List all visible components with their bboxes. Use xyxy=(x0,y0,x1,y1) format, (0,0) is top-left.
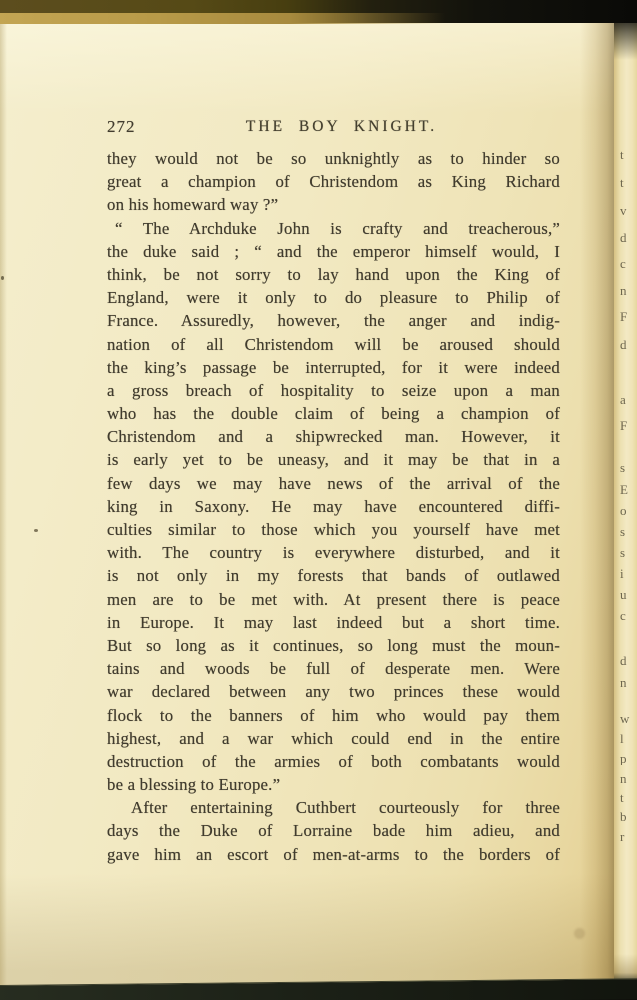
text-line: nation of all Christendom will be arouse… xyxy=(107,333,560,356)
page-speck xyxy=(34,529,38,532)
page-gutter-shadow xyxy=(580,16,614,990)
page-smudge xyxy=(574,928,585,939)
facing-page-text-fragment: p xyxy=(620,752,636,765)
text-line: war declared between any two princes the… xyxy=(107,680,560,703)
text-line: flock to the banners of him who would pa… xyxy=(107,704,560,727)
text-line: few days we may have news of the arrival… xyxy=(107,472,560,495)
facing-page-text-fragment: t xyxy=(620,148,636,161)
text-line: “ The Archduke John is crafty and treach… xyxy=(107,217,560,240)
facing-page-text-fragment: F xyxy=(620,310,636,323)
page-edge-speck xyxy=(1,276,4,280)
text-line: culties similar to those which you yours… xyxy=(107,518,560,541)
facing-page-text-fragment: s xyxy=(620,525,636,538)
text-line: with. The country is everywhere disturbe… xyxy=(107,541,560,564)
facing-page-text-fragment: r xyxy=(620,830,636,843)
text-line: After entertaining Cuthbert courteously … xyxy=(107,796,560,819)
facing-page-text-fragment: o xyxy=(620,504,636,517)
text-line: be a blessing to Europe.” xyxy=(107,773,560,796)
scanned-book-photo: ttvdcnFdaFsEossiucdnwlpntbr 272 THE BOY … xyxy=(0,0,637,1000)
text-line: who has the double claim of being a cham… xyxy=(107,402,560,425)
text-line: in Europe. It may last indeed but a shor… xyxy=(107,611,560,634)
book-top-edge-gilt xyxy=(0,13,445,24)
facing-page-text-fragment: s xyxy=(620,546,636,559)
text-line: tains and woods be full of desperate men… xyxy=(107,657,560,680)
text-line: think, be not sorry to lay hand upon the… xyxy=(107,263,560,286)
facing-page-text-fragment: l xyxy=(620,732,636,745)
text-line: the duke said ; “ and the emperor himsel… xyxy=(107,240,560,263)
page-left-edge-shading xyxy=(0,16,7,990)
facing-page-text-fragment: a xyxy=(620,393,636,406)
facing-page-text-fragment: F xyxy=(620,419,636,432)
facing-page-text-fragment: i xyxy=(620,567,636,580)
facing-page-edge: ttvdcnFdaFsEossiucdnwlpntbr xyxy=(614,0,637,988)
text-line: gave him an escort of men-at-arms to the… xyxy=(107,843,560,866)
text-line: is not only in my forests that bands of … xyxy=(107,564,560,587)
facing-page-text-fragment: d xyxy=(620,231,636,244)
facing-page-text-fragment: d xyxy=(620,338,636,351)
running-header: THE BOY KNIGHT. xyxy=(150,118,533,136)
facing-page-text-fragment: v xyxy=(620,204,636,217)
text-line: England, were it only to do pleasure to … xyxy=(107,286,560,309)
text-line: king in Saxony. He may have encountered … xyxy=(107,495,560,518)
facing-page-text-fragment: n xyxy=(620,284,636,297)
page-number: 272 xyxy=(107,117,136,137)
text-line: on his homeward way ?” xyxy=(107,193,560,216)
facing-page-text-fragment: b xyxy=(620,810,636,823)
body-text: they would not be so unknightly as to hi… xyxy=(107,147,560,866)
facing-page-text-fragment: s xyxy=(620,461,636,474)
facing-page-text-fragment: E xyxy=(620,483,636,496)
text-line: great a champion of Christendom as King … xyxy=(107,170,560,193)
text-line: a gross breach of hospitality to seize u… xyxy=(107,379,560,402)
facing-page-text-fragment: c xyxy=(620,257,636,270)
text-line: highest, and a war which could end in th… xyxy=(107,727,560,750)
text-line: Christendom and a shipwrecked man. Howev… xyxy=(107,425,560,448)
text-line: France. Assuredly, however, the anger an… xyxy=(107,309,560,332)
facing-page-text-fragment: d xyxy=(620,654,636,667)
text-line: days the Duke of Lorraine bade him adieu… xyxy=(107,819,560,842)
text-line: the king’s passage be interrupted, for i… xyxy=(107,356,560,379)
text-line: they would not be so unknightly as to hi… xyxy=(107,147,560,170)
facing-page-text-fragment: n xyxy=(620,772,636,785)
text-line: men are to be met with. At present there… xyxy=(107,588,560,611)
text-line: But so long as it continues, so long mus… xyxy=(107,634,560,657)
facing-page-text-fragment: w xyxy=(620,712,636,725)
text-line: destruction of the armies of both combat… xyxy=(107,750,560,773)
facing-page-text-fragment: t xyxy=(620,791,636,804)
facing-page-text-fragment: c xyxy=(620,609,636,622)
facing-page-text-fragment: t xyxy=(620,176,636,189)
facing-page-text-fragment: n xyxy=(620,676,636,689)
text-line: is early yet to be uneasy, and it may be… xyxy=(107,448,560,471)
facing-page-text-fragment: u xyxy=(620,588,636,601)
